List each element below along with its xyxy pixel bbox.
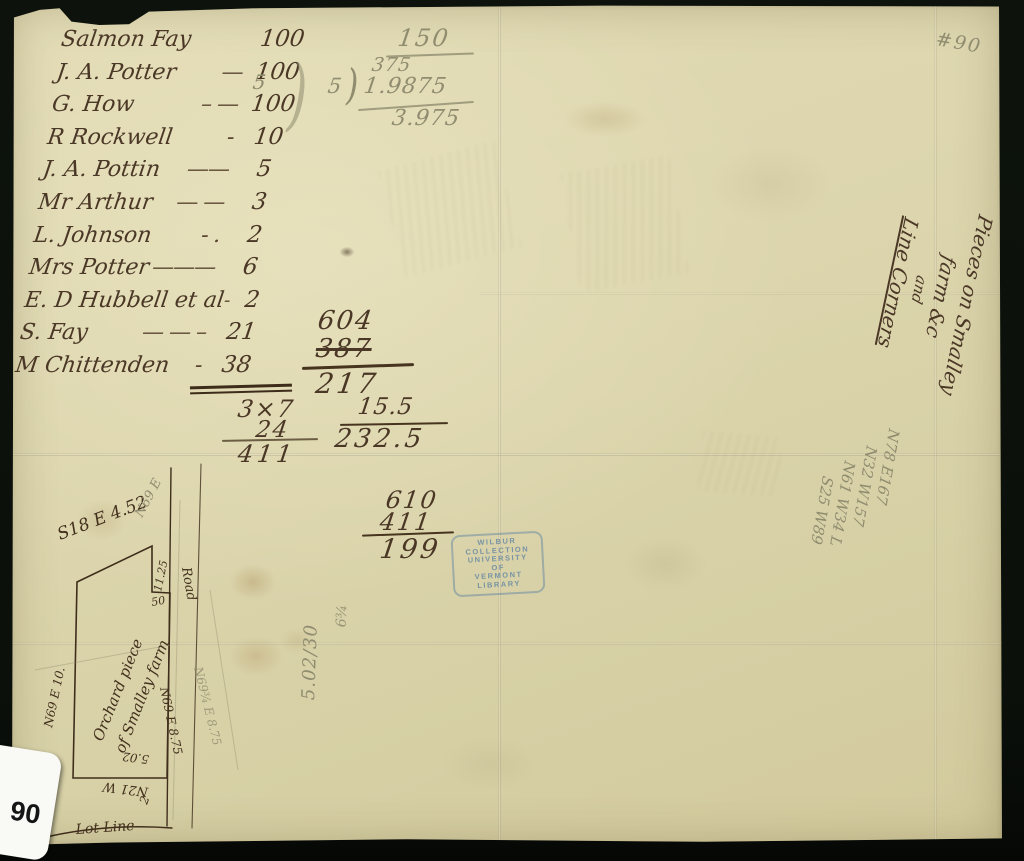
ledger-name: Salmon Fay	[60, 27, 193, 52]
col-a-total: 232.5	[333, 424, 427, 454]
ledger-row: G. How– —100	[49, 91, 304, 124]
ledger-name: G. How	[50, 92, 136, 117]
ledger-value: 3	[229, 189, 291, 215]
manuscript-page: Salmon Fay100 J. A. Potter—100 G. How– —…	[10, 4, 1002, 846]
col-a-subtrahend: 387	[314, 334, 374, 364]
division-dividend: 1.9875	[362, 74, 448, 99]
division-bracket: )	[346, 60, 358, 109]
ledger-row: E. D Hubbell et al—2	[22, 287, 277, 320]
ledger-row: L. Johnson- .2	[31, 222, 286, 255]
ledger-dash: -	[171, 125, 242, 150]
col-a-minuend: 604	[316, 306, 376, 336]
plot-top-bearing: S18 E 4.52	[55, 492, 150, 544]
division-carry: 375	[370, 54, 412, 76]
ledger-name: Mrs Potter	[27, 255, 150, 280]
ledger-name: E. D Hubbell et al	[23, 288, 226, 313]
scanned-manuscript: Salmon Fay100 J. A. Potter—100 G. How– —…	[0, 0, 1024, 861]
ledger-dash: —	[174, 60, 250, 85]
plot-lot-line-label: Lot Line	[74, 818, 135, 838]
docket-text: Pieces on Smalley farm &c and Line Corne…	[859, 156, 1006, 431]
ink-bleed-through	[560, 155, 689, 292]
ledger-name: M Chittenden	[14, 353, 171, 378]
ledger-row: Mr Arthur— —3	[36, 189, 291, 222]
ledger-value: 21	[210, 319, 272, 345]
ledger-name: J. A. Potter	[55, 60, 178, 85]
ledger-value: 5	[233, 156, 295, 182]
ledger-row: Mrs Potter———6	[27, 254, 282, 287]
plot-corner-mark: 2	[136, 794, 152, 807]
ledger-row: R Rockwell-10	[45, 124, 300, 157]
ledger-row: J. A. Pottin——5	[40, 156, 295, 189]
survey-plot-sketch: S18 E 4.52 N69 E 11.25 50 Road N69 E 8.7…	[30, 440, 280, 850]
ledger-value: 38	[206, 352, 268, 378]
plot-bottom-distance: 5.02	[122, 749, 150, 766]
ledger-dash: — —	[151, 190, 232, 215]
account-ledger: Salmon Fay100 J. A. Potter—100 G. How– —…	[13, 26, 313, 385]
ledger-value: 2	[224, 222, 286, 248]
ledger-total-rule	[190, 384, 292, 395]
division-product: 3.975	[390, 106, 461, 131]
ledger-dash: – —	[132, 92, 245, 117]
plot-left-bearing: N69 E 10.	[41, 666, 68, 730]
ledger-name: S. Fay	[18, 320, 89, 345]
plot-right-bearing: N69 E 8.75	[157, 685, 185, 756]
ledger-name: R Rockwell	[46, 125, 174, 150]
fold-crease-vertical-center	[498, 4, 501, 846]
ledger-dash: ——	[158, 157, 236, 182]
pen-bracket-mark: )	[286, 47, 310, 142]
plot-notch-width: 50	[150, 594, 166, 609]
ink-bleed-through	[378, 140, 522, 277]
plot-road-label: Road	[178, 565, 199, 602]
ledger-dash: ———	[147, 255, 223, 280]
ledger-value: 2	[228, 287, 276, 313]
library-stamp: WILBUR COLLECTION UNIVERSITY OF VERMONT …	[450, 531, 545, 597]
ledger-name: Mr Arthur	[37, 190, 155, 215]
col-c-difference: 199	[378, 534, 443, 565]
ink-bleed-through	[698, 431, 783, 498]
archive-number: 90	[8, 796, 43, 831]
division-divisor: 5	[326, 74, 343, 98]
ledger-value: 6	[219, 254, 281, 280]
plot-notch-depth: 11.25	[151, 559, 170, 593]
ledger-dash: -	[167, 353, 209, 378]
pencil-fraction: 5.02/30	[297, 587, 323, 738]
ledger-dash: - .	[150, 223, 228, 248]
pencil-bearings: N78 E167 N32 W157 N61 W34 L S25 W89	[801, 413, 903, 589]
ledger-name: J. A. Pottin	[41, 157, 162, 182]
ledger-row: J. A. Potter—100	[54, 59, 309, 92]
corner-tag: #90	[934, 28, 983, 58]
pencil-quotient: 6¾	[334, 604, 351, 627]
ledger-row: Salmon Fay100	[59, 26, 314, 59]
ledger-name: L. Johnson	[32, 223, 153, 248]
ledger-row: S. Fay— — –21	[17, 319, 272, 352]
division-remainder: 150	[396, 24, 452, 52]
ledger-dash: — — –	[86, 320, 214, 345]
plot-right-pencil-bearing: N69¾ E 8.75	[191, 664, 224, 746]
col-a-addend: 15.5	[356, 394, 415, 420]
ledger-row: M Chittenden-38	[13, 352, 268, 385]
